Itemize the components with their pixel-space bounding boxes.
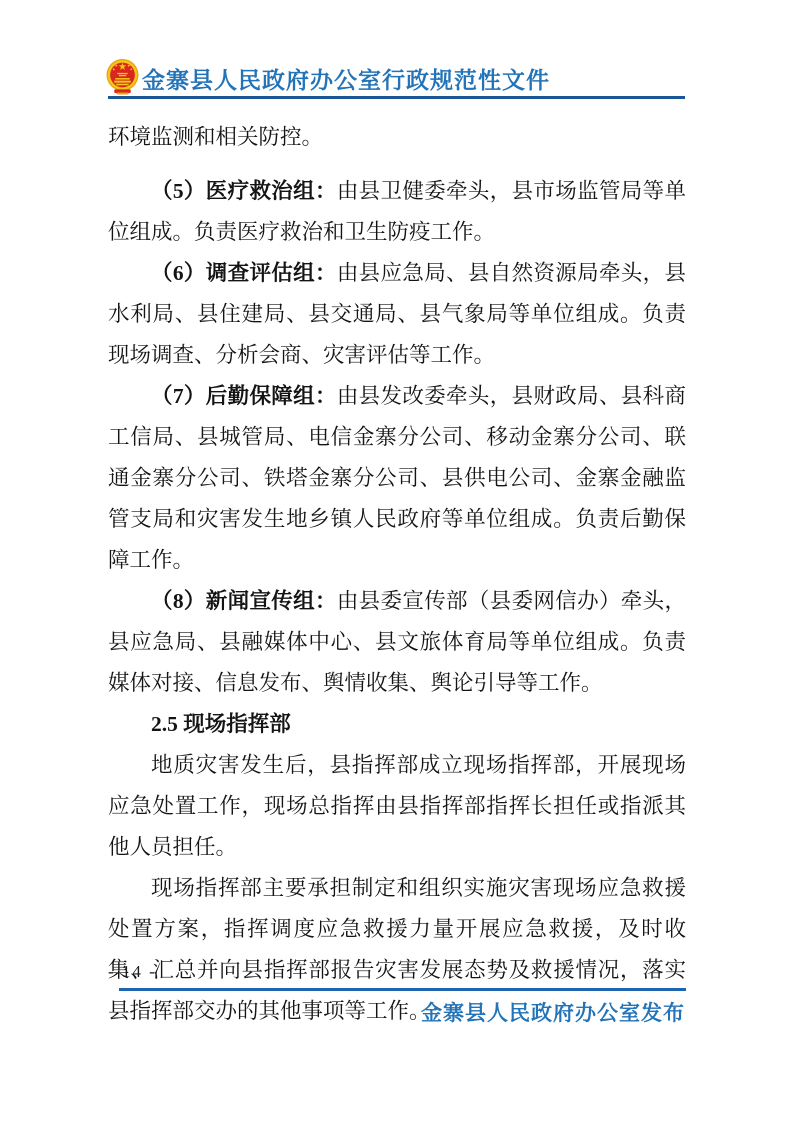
paragraph-label: （7）后勤保障组：	[151, 384, 337, 408]
publisher-line: 金寨县人民政府办公室发布	[421, 997, 685, 1027]
china-national-emblem-icon	[106, 57, 139, 97]
footer-rule	[119, 988, 686, 991]
header-rule	[108, 96, 685, 99]
paragraph-text: 地质灾害发生后，县指挥部成立现场指挥部，开展现场应急处置工作，现场总指挥由县指挥…	[108, 753, 686, 859]
paragraph-text: 环境监测和相关防控。	[108, 125, 323, 149]
paragraph: 2.5 现场指挥部	[108, 704, 686, 745]
paragraph: （6）调查评估组：由县应急局、县自然资源局牵头，县水利局、县住建局、县交通局、县…	[108, 253, 686, 376]
paragraph: （7）后勤保障组：由县发改委牵头，县财政局、县科商工信局、县城管局、电信金寨分公…	[108, 376, 686, 581]
paragraph: 环境监测和相关防控。	[108, 117, 686, 158]
paragraph: （5）医疗救治组：由县卫健委牵头，县市场监管局等单位组成。负责医疗救治和卫生防疫…	[108, 171, 686, 253]
document-page: 金寨县人民政府办公室行政规范性文件 环境监测和相关防控。（5）医疗救治组：由县卫…	[0, 0, 793, 1122]
paragraph-label: （6）调查评估组：	[151, 261, 337, 285]
paragraph-label: （5）医疗救治组：	[151, 179, 337, 203]
document-body: 环境监测和相关防控。（5）医疗救治组：由县卫健委牵头，县市场监管局等单位组成。负…	[108, 117, 686, 1032]
header-title: 金寨县人民政府办公室行政规范性文件	[142, 62, 550, 95]
page-number: - 14 -	[108, 962, 157, 982]
paragraph-label: （8）新闻宣传组：	[151, 589, 337, 613]
paragraph: 地质灾害发生后，县指挥部成立现场指挥部，开展现场应急处置工作，现场总指挥由县指挥…	[108, 745, 686, 868]
paragraph: （8）新闻宣传组：由县委宣传部（县委网信办）牵头，县应急局、县融媒体中心、县文旅…	[108, 581, 686, 704]
paragraph-text: 由县发改委牵头，县财政局、县科商工信局、县城管局、电信金寨分公司、移动金寨分公司…	[108, 384, 686, 572]
paragraph-label: 2.5 现场指挥部	[151, 712, 291, 736]
